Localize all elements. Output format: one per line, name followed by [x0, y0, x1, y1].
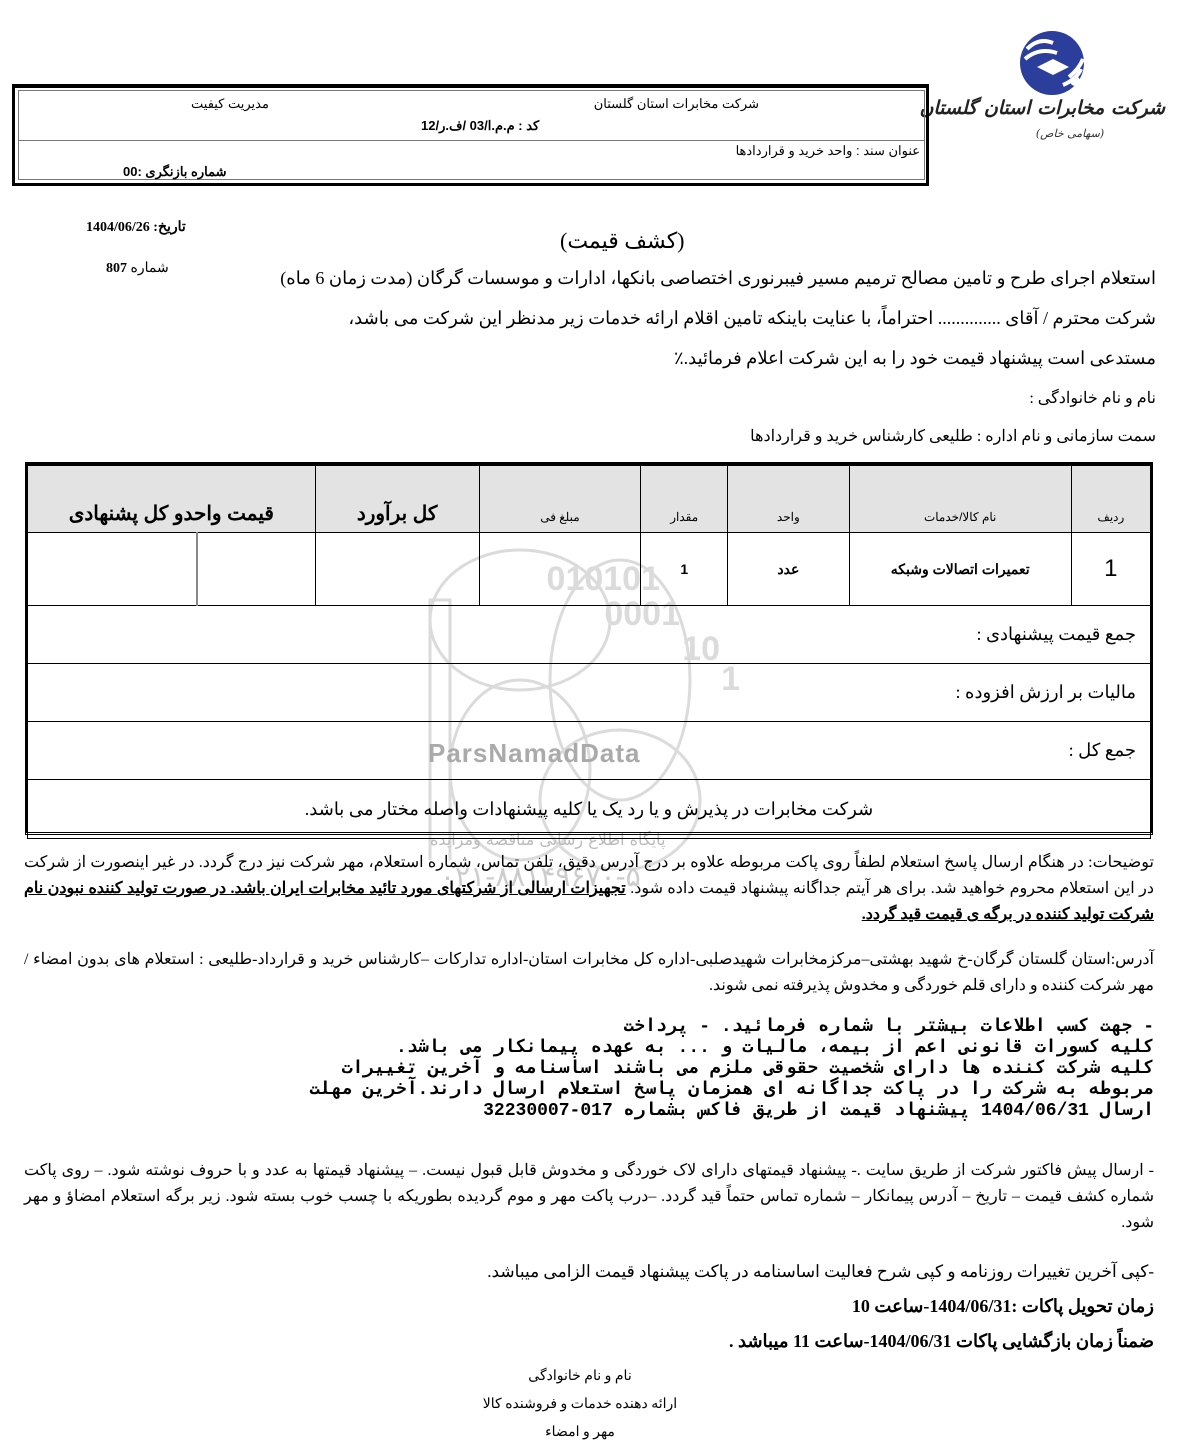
position-line: سمت سازمانی و نام اداره : طلیعی کارشناس …: [750, 426, 1156, 446]
telecom-logo-icon: [1017, 29, 1087, 97]
grand-total-row[interactable]: جمع کل :: [28, 722, 1151, 780]
mono-line: - جهت کسب اطلاعات بیشتر با شماره فرمائید…: [24, 1017, 1154, 1038]
header-row-top: شرکت مخابرات استان گلستان مدیریت کیفیت ک…: [19, 91, 924, 141]
delivery-time: زمان تحویل پاکات :1404/06/31-ساعت 10: [852, 1296, 1154, 1317]
date-label: تاریخ:: [153, 220, 186, 235]
mono-line: مربوطه به شرکت را در پاکت جداگانه ای همز…: [24, 1080, 1154, 1101]
header-doc-title: عنوان سند : واحد خرید و قراردادها: [736, 143, 920, 159]
table-row: 1 تعمیرات اتصالات وشبکه عدد 1: [28, 533, 1151, 606]
table-header-row: ردیف نام کالا/خدمات واحد مقدار مبلغ فی ک…: [28, 466, 1151, 533]
contact-notes-block: - جهت کسب اطلاعات بیشتر با شماره فرمائید…: [24, 1017, 1154, 1122]
col-header-item: نام کالا/خدمات: [849, 466, 1071, 533]
acceptance-note: شرکت مخابرات در پذیرش و یا رد یک یا کلیه…: [28, 780, 1151, 839]
inquiry-subject: استعلام اجرای طرح و تامین مصالح ترمیم مس…: [280, 268, 1156, 289]
proposed-total-field[interactable]: [28, 533, 197, 606]
col-header-row: ردیف: [1071, 466, 1150, 533]
address-paragraph: آدرس:استان گلستان گرگان-خ شهید بهشتی–مرک…: [24, 947, 1154, 999]
logo-subtitle: (سهامی خاص): [975, 127, 1165, 140]
document-header-box: شرکت مخابرات استان گلستان مدیریت کیفیت ک…: [12, 84, 929, 186]
row-number: 1: [1071, 533, 1150, 606]
signature-stamp: مهر و امضاء: [420, 1424, 740, 1441]
unit-price-field[interactable]: [479, 533, 641, 606]
col-header-proposed: قیمت واحدو کل پشنهادی: [28, 466, 316, 533]
estimate-total-field[interactable]: [315, 533, 479, 606]
documents-required: -کپی آخرین تغییرات روزنامه و کپی شرح فعا…: [487, 1262, 1154, 1282]
item-name: تعمیرات اتصالات وشبکه: [849, 533, 1071, 606]
date-field: تاریخ: 1404/06/26: [86, 219, 186, 236]
proposed-unit-field[interactable]: [197, 533, 315, 606]
opening-time: ضمناً زمان بازگشایی پاکات 1404/06/31-ساع…: [729, 1331, 1154, 1352]
col-header-unit-price: مبلغ فی: [479, 466, 641, 533]
col-header-qty: مقدار: [641, 466, 728, 533]
price-inquiry-table: ردیف نام کالا/خدمات واحد مقدار مبلغ فی ک…: [25, 462, 1153, 835]
header-department: مدیریت کیفیت: [191, 96, 269, 112]
mono-line: کلیه کسورات قانونی اعم از بیمه، مالیات و…: [24, 1038, 1154, 1059]
logo-company-name: شرکت مخابرات استان گلستان: [975, 97, 1165, 119]
name-label: نام و نام خانوادگی :: [1029, 388, 1156, 408]
notes-paragraph: توضیحات: در هنگام ارسال پاسخ استعلام لطف…: [24, 850, 1154, 928]
item-unit: عدد: [728, 533, 850, 606]
request-line: مستدعی است پیشنهاد قیمت خود را به این شر…: [674, 348, 1156, 369]
number-field: شماره 807: [106, 260, 169, 277]
greeting-line: شرکت محترم / آقای .............. احتراما…: [348, 308, 1156, 329]
signature-name: نام و نام خانوادگی: [420, 1368, 740, 1385]
mono-line: ارسال 1404/06/31 پیشنهاد قیمت از طریق فا…: [24, 1101, 1154, 1122]
company-logo: شرکت مخابرات استان گلستان (سهامی خاص): [975, 25, 1165, 155]
header-code: کد : م.م.ا/03 /ف.ر/12: [421, 118, 539, 134]
header-company: شرکت مخابرات استان گلستان: [594, 96, 759, 112]
page-title: (کشف قیمت): [560, 228, 685, 254]
signature-role: ارائه دهنده خدمات و فروشنده کالا: [420, 1396, 740, 1413]
date-value: 1404/06/26: [86, 220, 150, 235]
col-header-estimate-total: کل برآورد: [315, 466, 479, 533]
sum-proposed-row[interactable]: جمع قیمت پیشنهادی :: [28, 606, 1151, 664]
item-qty: 1: [641, 533, 728, 606]
col-header-unit: واحد: [728, 466, 850, 533]
mono-line: کلیه شرکت کننده ها دارای شخصیت حقوقی ملز…: [24, 1059, 1154, 1080]
number-label: شماره: [131, 261, 169, 276]
vat-row[interactable]: مالیات بر ارزش افزوده :: [28, 664, 1151, 722]
submission-rules: - ارسال پیش فاکتور شرکت از طریق سایت .- …: [24, 1158, 1154, 1236]
number-value: 807: [106, 261, 127, 276]
header-revision: شماره بازنگری :00: [123, 164, 226, 180]
